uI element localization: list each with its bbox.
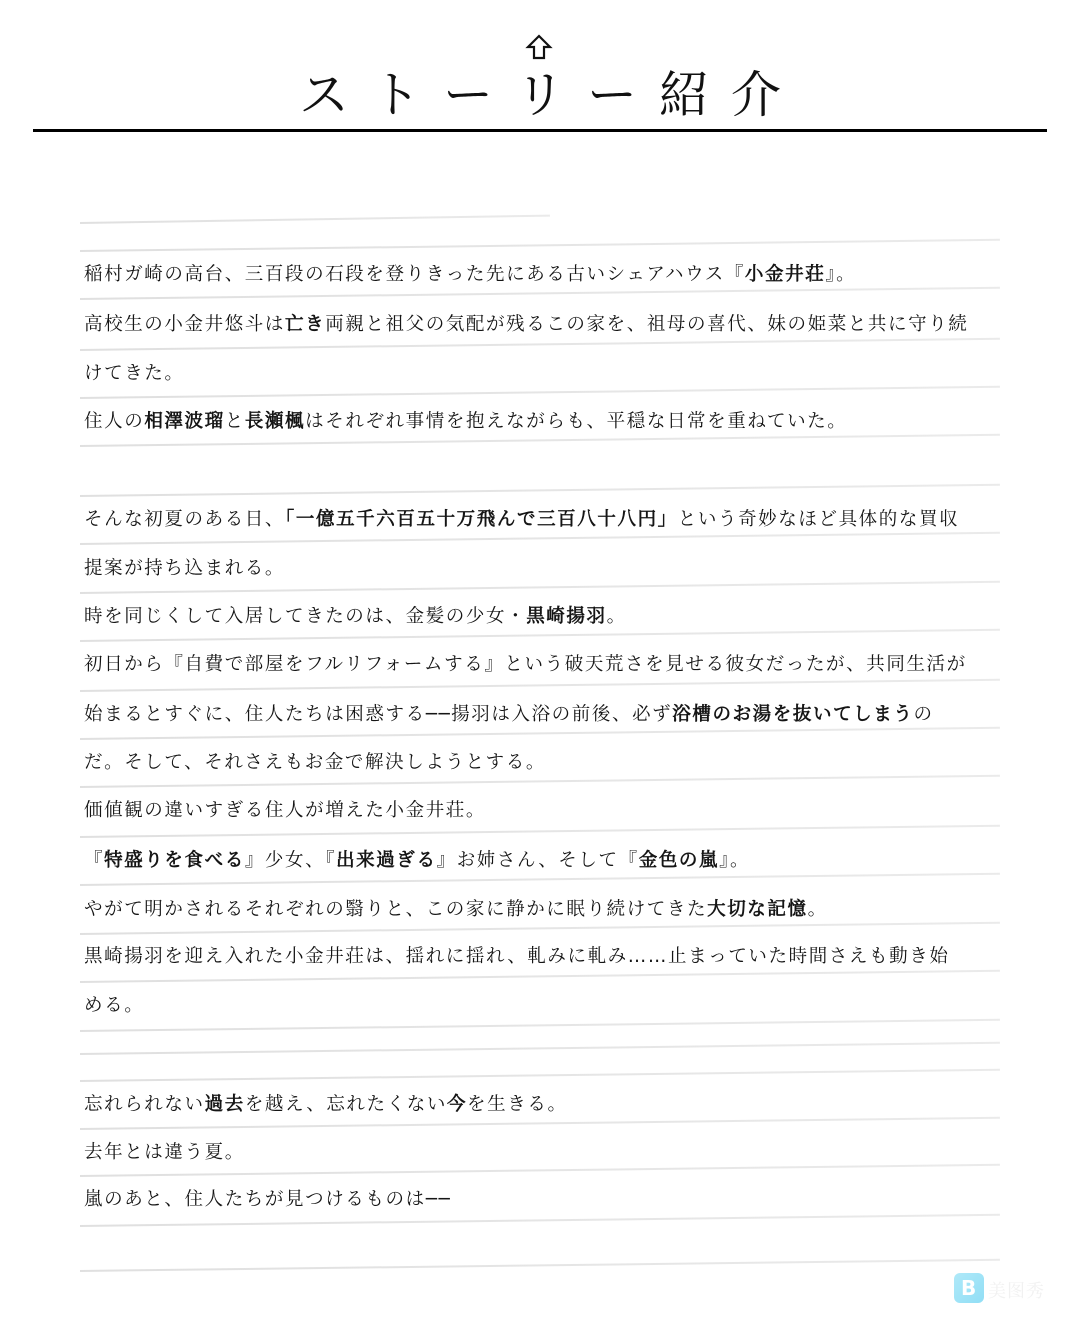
ruled-line [80,825,1000,838]
ruled-line [80,1259,1000,1272]
story-text-segment: 初日から『自費で部屋をフルリフォームする』という破天荒さを見せる彼女だったが、共… [84,654,967,675]
ruled-line [80,239,1000,252]
emphasized-text: 金色の嵐 [639,850,719,871]
ruled-line [80,434,1000,447]
story-text-segment: けてきた。 [84,363,185,384]
story-line: 提案が持ち込まれる。 [84,557,285,581]
emphasized-text: 大切な記憶 [707,899,808,920]
story-line: 稲村ガ崎の高台、三百段の石段を登りきった先にある古いシェアハウス『小金井荘』。 [84,263,856,287]
ruled-line [80,679,1000,692]
story-text-segment: を越え、忘れたくない [245,1094,447,1115]
story-text-segment: 稲村ガ崎の高台、三百段の石段を登りきった先にある古いシェアハウス『 [84,264,745,285]
emphasized-text: 亡き [285,314,325,335]
ruled-line [80,727,1000,740]
emphasized-text: 浴槽のお湯を抜いてしまう [672,704,913,725]
emphasized-text: 長瀬楓 [245,411,305,432]
story-line: 住人の相澤波瑠と長瀬楓はそれぞれ事情を抱えながらも、平穏な日常を重ねていた。 [84,410,847,434]
story-text-segment: 』お姉さん、そして『 [437,850,639,871]
emphasized-text: 過去 [205,1094,245,1115]
story-text-segment: 。 [808,899,828,920]
story-text-segment: を生きる。 [467,1094,568,1115]
story-text-segment: 忘れられない [84,1094,205,1115]
ruled-line [80,1117,1000,1130]
ruled-line [80,287,1000,300]
story-line: 時を同じくして入居してきたのは、金髪の少女・黒崎揚羽。 [84,605,627,629]
story-line: 去年とは違う夏。 [84,1141,245,1165]
emphasized-text: 小金井荘 [745,264,825,285]
story-text-segment: 両親と祖父の気配が残るこの家を、祖母の喜代、妹の姫菜と共に守り続 [325,314,968,335]
story-line: める。 [84,994,144,1018]
ruled-line [80,629,1000,642]
story-text-segment: 嵐のあと、住人たちが見つけるものは── [84,1189,451,1210]
story-line: 黒崎揚羽を迎え入れた小金井荘は、揺れに揺れ、軋みに軋み……止まっていた時間さえも… [84,945,949,969]
ruled-line [80,215,550,224]
up-arrow-icon[interactable] [525,33,553,61]
story-text-segment: 提案が持ち込まれる。 [84,558,285,579]
ruled-line [80,922,1000,935]
title-divider [33,129,1047,132]
ruled-line [80,970,1000,983]
ruled-line [80,873,1000,886]
story-line: けてきた。 [84,362,185,386]
ruled-line [80,484,1000,497]
ruled-line [80,1069,1000,1082]
story-line: 始まるとすぐに、住人たちは困惑する──揚羽は入浴の前後、必ず浴槽のお湯を抜いてし… [84,703,934,727]
emphasized-text: 相澤波瑠 [144,411,224,432]
story-text-segment: 時を同じくして入居してきたのは、金髪の少女・ [84,606,526,627]
page-title: ストーリー紹介 [0,60,1080,130]
story-line: だ。そして、それさえもお金で解決しようとする。 [84,751,546,775]
story-text-segment: 『 [84,850,104,871]
story-line: 嵐のあと、住人たちが見つけるものは── [84,1188,451,1212]
story-text-segment: の [913,704,933,725]
page-header: ストーリー紹介 [0,0,1080,135]
ruled-line [80,1042,1000,1055]
story-line: 『特盛りを食べる』少女、『出来過ぎる』お姉さん、そして『金色の嵐』。 [84,849,750,873]
story-text-segment: 去年とは違う夏。 [84,1142,245,1163]
brand-logo-icon: B [954,1273,984,1303]
ruled-line [80,532,1000,545]
story-text-segment: 黒崎揚羽を迎え入れた小金井荘は、揺れに揺れ、軋みに軋み……止まっていた時間さえも… [84,946,949,967]
story-line: 忘れられない過去を越え、忘れたくない今を生きる。 [84,1093,568,1117]
story-text-segment: そんな初夏のある日、 [84,509,285,530]
ruled-line [80,1214,1000,1227]
story-text-segment: 。 [607,606,627,627]
ruled-line [80,1019,1000,1032]
story-text-segment: 』。 [719,850,750,871]
story-line: そんな初夏のある日、「一億五千六百五十万飛んで三百八十八円」という奇妙なほど具体… [84,508,959,532]
ruled-line [80,338,1000,351]
story-line: 初日から『自費で部屋をフルリフォームする』という破天荒さを見せる彼女だったが、共… [84,653,967,677]
story-text-segment: める。 [84,995,144,1016]
ruled-line [80,386,1000,399]
story-text-segment: 高校生の小金井悠斗は [84,314,285,335]
story-text-segment: やがて明かされるそれぞれの翳りと、この家に静かに眠り続けてきた [84,899,707,920]
ruled-line [80,581,1000,594]
story-text-segment: という奇妙なほど具体的な買収 [678,509,959,530]
ruled-line [80,1164,1000,1177]
emphasized-text: 特盛りを食べる [104,850,245,871]
story-text-segment: 』。 [825,264,856,285]
emphasized-text: 黒崎揚羽 [526,606,606,627]
story-text-segment: はそれぞれ事情を抱えながらも、平穏な日常を重ねていた。 [305,411,847,432]
ruled-line [80,775,1000,788]
emphasized-text: 「一億五千六百五十万飛んで三百八十八円」 [285,509,678,530]
story-text-segment: だ。そして、それさえもお金で解決しようとする。 [84,752,546,773]
story-text-segment: 価値観の違いすぎる住人が増えた小金井荘。 [84,800,486,821]
story-line: 高校生の小金井悠斗は亡き両親と祖父の気配が残るこの家を、祖母の喜代、妹の姫菜と共… [84,313,968,337]
story-line: 価値観の違いすぎる住人が増えた小金井荘。 [84,799,486,823]
story-text-segment: 始まるとすぐに、住人たちは困惑する──揚羽は入浴の前後、必ず [84,704,672,725]
emphasized-text: 今 [447,1094,467,1115]
story-line: やがて明かされるそれぞれの翳りと、この家に静かに眠り続けてきた大切な記憶。 [84,898,828,922]
story-text-segment: と [225,411,245,432]
emphasized-text: 出来過ぎる [336,850,437,871]
watermark: B 美图秀 [954,1273,1054,1303]
story-text-segment: 』少女、『 [245,850,336,871]
story-text-segment: 住人の [84,411,144,432]
watermark-text: 美图秀 [988,1277,1045,1303]
